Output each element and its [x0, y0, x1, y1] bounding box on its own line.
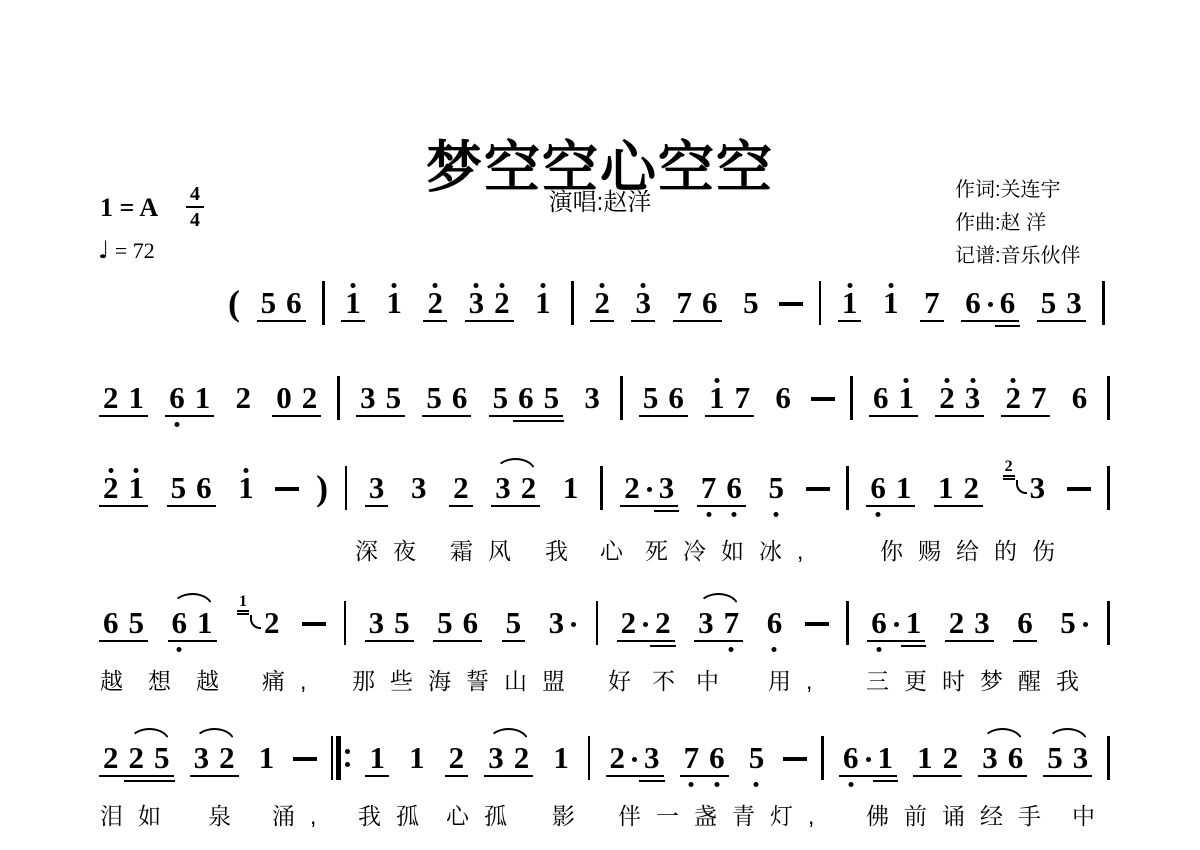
note: 0: [271, 382, 297, 414]
note: 1: [364, 742, 390, 774]
note-group: 17: [704, 382, 755, 414]
note: 1: [124, 472, 150, 504]
note: 3: [464, 287, 490, 319]
grace-note: 2: [1003, 458, 1015, 477]
note: 2: [509, 742, 535, 774]
note-group: 66: [960, 287, 1020, 319]
note: 3: [654, 472, 680, 504]
note: 3: [364, 472, 390, 504]
octave-dot-low: [754, 782, 759, 787]
barline: [1107, 736, 1110, 780]
note: 1: [933, 472, 959, 504]
note: 3: [693, 607, 719, 639]
note: 1: [704, 382, 730, 414]
note-group: 61: [868, 382, 919, 414]
note-group: 5: [763, 472, 789, 504]
barline: [821, 736, 824, 780]
augmentation-dot: [632, 757, 637, 762]
octave-dot-low: [689, 782, 694, 787]
note: 3: [960, 382, 986, 414]
note-group: 53: [1042, 742, 1093, 774]
note-group: 56: [256, 287, 307, 319]
lyric-chunk: 深夜: [355, 533, 431, 566]
note-group: 32: [464, 287, 515, 319]
barline: [344, 601, 347, 645]
note: 2: [589, 287, 615, 319]
octave-dot-high: [847, 283, 852, 288]
note: 1: [404, 742, 430, 774]
note: 7: [679, 742, 705, 774]
note-group: 35: [364, 607, 415, 639]
octave-dot-high: [351, 283, 356, 288]
barline: [620, 376, 623, 420]
time-signature-numerator: 4: [186, 183, 204, 208]
note: 6: [191, 472, 217, 504]
note-group: 23: [605, 742, 665, 774]
note: 3: [364, 607, 390, 639]
notation-credit: 记谱:音乐伙伴: [955, 240, 1081, 273]
note: 6: [697, 287, 723, 319]
note: 2: [259, 607, 285, 639]
duration-dash: [783, 757, 807, 761]
octave-dot-low: [876, 512, 881, 517]
note-group: 6: [1012, 607, 1038, 639]
note-group: 56: [432, 607, 483, 639]
lyric-chunk: 我孤: [358, 798, 434, 831]
note-group: 53: [1036, 287, 1087, 319]
lyric-chunk: 越: [100, 663, 138, 696]
note: 5: [149, 742, 175, 774]
lyric-chunk: 越: [196, 663, 234, 696]
lyric-chunk: 霜风: [450, 533, 526, 566]
note: 6: [838, 742, 864, 774]
sheet-music-page: 梦空空心空空 演唱:赵洋 作词:关连宇 作曲:赵 洋 记谱:音乐伙伴 1 = A…: [0, 0, 1200, 850]
note: 5: [124, 607, 150, 639]
octave-dot-high: [108, 468, 113, 473]
note: 6: [721, 472, 747, 504]
note-group: 1: [340, 287, 366, 319]
note-group: 23: [934, 382, 985, 414]
note: 2: [489, 287, 515, 319]
note-group: 76: [679, 742, 730, 774]
note: 2: [959, 472, 985, 504]
repeat-dots: [345, 749, 350, 767]
note: 6: [164, 382, 190, 414]
augmentation-dot: [571, 622, 576, 627]
note: 6: [281, 287, 307, 319]
octave-dot-high: [433, 283, 438, 288]
note: 5: [638, 382, 664, 414]
note: 1: [254, 742, 280, 774]
note-group: 1: [530, 287, 556, 319]
composer-credit: 作曲:赵 洋: [955, 207, 1081, 240]
note-group: 1: [878, 287, 904, 319]
lyric-chunk: 中: [1072, 798, 1110, 831]
note: 5: [256, 287, 282, 319]
note: 5: [381, 382, 407, 414]
octave-dot-low: [729, 647, 734, 652]
note: 2: [98, 382, 124, 414]
slur: 25: [124, 742, 175, 774]
note: 2: [444, 742, 470, 774]
notation-line: (56112321237651176653: [228, 287, 1105, 319]
octave-dot-high: [474, 283, 479, 288]
note: 2: [297, 382, 323, 414]
lyric-chunk: 泉: [208, 798, 246, 831]
lyric-chunk: 中: [696, 663, 734, 696]
note: 6: [447, 382, 473, 414]
note-group: 225: [98, 742, 175, 774]
note-group: 37: [693, 607, 744, 639]
note-group: 21: [98, 382, 149, 414]
parenthesis: ): [316, 472, 328, 505]
note: 2: [516, 472, 542, 504]
lyric-chunk: 心: [600, 533, 638, 566]
note-group: 1: [381, 287, 407, 319]
note: 3: [355, 382, 381, 414]
octave-dot-low: [774, 512, 779, 517]
note-group: 6: [762, 607, 788, 639]
note: 3: [639, 742, 665, 774]
note-group: 76: [696, 472, 747, 504]
note: 1: [381, 287, 407, 319]
barline: [1107, 466, 1110, 510]
note: 6: [98, 607, 124, 639]
note: 6: [458, 607, 484, 639]
note-group: 22: [616, 607, 676, 639]
octave-dot-low: [174, 422, 179, 427]
octave-dot-high: [714, 378, 719, 383]
lyric-chunk: 你赐给的伤: [880, 533, 1070, 566]
note-group: 1: [233, 472, 259, 504]
time-signature-denominator: 4: [186, 208, 204, 231]
note: 5: [539, 382, 565, 414]
grace-note: 1: [237, 593, 249, 612]
barline: [850, 376, 853, 420]
note: 5: [738, 287, 764, 319]
note-group: 02: [271, 382, 322, 414]
repeat-barline: [331, 736, 350, 780]
lyric-chunk: 想: [148, 663, 186, 696]
note-group: 3: [579, 382, 605, 414]
note: 6: [1003, 742, 1029, 774]
note: 6: [167, 607, 193, 639]
note: 1: [548, 742, 574, 774]
octave-dot-low: [876, 647, 881, 652]
note: 1: [878, 287, 904, 319]
note: 1: [530, 287, 556, 319]
note: 1: [837, 287, 863, 319]
lyric-chunk: 涌,: [272, 798, 331, 831]
slur: 37: [693, 607, 744, 639]
note-group: 1: [558, 472, 584, 504]
lyric-chunk: 那些海誓山盟: [352, 663, 580, 696]
note: 1: [558, 472, 584, 504]
octave-dot-low: [848, 782, 853, 787]
octave-dot-low: [772, 647, 777, 652]
duration-dash: [302, 622, 326, 626]
lyric-chunk: 佛前诵经手: [866, 798, 1056, 831]
note: 7: [672, 287, 698, 319]
note: 3: [406, 472, 432, 504]
note: 1: [124, 382, 150, 414]
note: 3: [969, 607, 995, 639]
octave-dot-high: [888, 283, 893, 288]
note: 1: [190, 382, 216, 414]
augmentation-dot: [1083, 622, 1088, 627]
note-group: 1: [837, 287, 863, 319]
notation-line: 65611235565322376612365: [98, 607, 1110, 639]
note-group: 21: [98, 472, 149, 504]
note: 2: [448, 472, 474, 504]
key-signature: 1 = A: [100, 193, 158, 223]
note-group: 61: [167, 607, 218, 639]
note-group: 61: [866, 607, 926, 639]
note-group: 5: [744, 742, 770, 774]
note-group: 23: [1001, 472, 1051, 504]
note: 1: [340, 287, 366, 319]
note-group: 65: [98, 607, 149, 639]
note: 1: [233, 472, 259, 504]
note: 7: [730, 382, 756, 414]
note-group: 56: [638, 382, 689, 414]
augmentation-dot: [988, 302, 993, 307]
note-group: 5: [1055, 607, 1090, 639]
note: 2: [1000, 382, 1026, 414]
octave-dot-high: [970, 378, 975, 383]
slur: 53: [1042, 742, 1093, 774]
note: 5: [744, 742, 770, 774]
duration-dash: [779, 302, 803, 306]
note: 5: [488, 382, 514, 414]
note-group: 32: [483, 742, 534, 774]
octave-dot-low: [714, 782, 719, 787]
note: 6: [995, 287, 1021, 319]
note: 2: [422, 287, 448, 319]
note-group: 12: [235, 607, 285, 639]
note: 2: [98, 742, 124, 774]
note-group: 7: [919, 287, 945, 319]
barline: [1102, 281, 1105, 325]
repeat-dot: [345, 762, 350, 767]
parenthesis: (: [228, 287, 240, 320]
note: 5: [1036, 287, 1062, 319]
note: 2: [616, 607, 642, 639]
note: 6: [663, 382, 689, 414]
barline: [596, 601, 599, 645]
note: 2: [650, 607, 676, 639]
lyric-chunk: 伴一盏青灯,: [618, 798, 829, 831]
barline: [1107, 601, 1110, 645]
note: 1: [891, 472, 917, 504]
lyricist-credit: 作词:关连宇: [955, 174, 1081, 207]
octave-dot-high: [945, 378, 950, 383]
barline: [1107, 376, 1110, 420]
note: 6: [762, 607, 788, 639]
note-group: 56: [166, 472, 217, 504]
augmentation-dot: [894, 622, 899, 627]
barline: [600, 466, 603, 510]
note-group: 1: [548, 742, 574, 774]
note: 6: [865, 472, 891, 504]
note-group: 3: [630, 287, 656, 319]
note-group: 1: [404, 742, 430, 774]
note: 7: [696, 472, 722, 504]
note-group: 27: [1000, 382, 1051, 414]
note: 7: [719, 607, 745, 639]
note: 5: [1055, 607, 1081, 639]
note: 7: [1026, 382, 1052, 414]
note: 2: [934, 382, 960, 414]
note: 6: [704, 742, 730, 774]
slur: 32: [189, 742, 240, 774]
augmentation-dot: [647, 487, 652, 492]
lyric-chunk: 影: [552, 798, 590, 831]
note: 3: [579, 382, 605, 414]
note: 3: [977, 742, 1003, 774]
octave-dot-high: [392, 283, 397, 288]
note-group: 1: [364, 742, 390, 774]
octave-dot-high: [244, 468, 249, 473]
octave-dot-low: [732, 512, 737, 517]
octave-dot-high: [904, 378, 909, 383]
note-group: 61: [838, 742, 898, 774]
barline: [345, 466, 348, 510]
note-group: 2: [589, 287, 615, 319]
note: 3: [483, 742, 509, 774]
barline: [846, 601, 849, 645]
note-group: 32: [490, 472, 541, 504]
barline: [819, 281, 822, 325]
octave-dot-high: [641, 283, 646, 288]
note: 5: [166, 472, 192, 504]
note: 5: [421, 382, 447, 414]
barline: [588, 736, 591, 780]
tempo-value: = 72: [115, 238, 155, 263]
note-group: 36: [977, 742, 1028, 774]
lyric-chunk: 泪如: [100, 798, 176, 831]
slur: 61: [167, 607, 218, 639]
note: 6: [770, 382, 796, 414]
duration-dash: [805, 622, 829, 626]
note-group: 5: [501, 607, 527, 639]
octave-dot-low: [177, 647, 182, 652]
octave-dot-high: [540, 283, 545, 288]
note: 5: [389, 607, 415, 639]
notation-line: 2253211123212376561123653: [98, 742, 1110, 774]
octave-dot-high: [134, 468, 139, 473]
note-group: 32: [189, 742, 240, 774]
note: 3: [1025, 472, 1051, 504]
note: 6: [868, 382, 894, 414]
lyric-chunk: 不: [652, 663, 690, 696]
note: 5: [763, 472, 789, 504]
note-group: 12: [912, 742, 963, 774]
tempo-marking: ♩ = 72: [98, 236, 155, 264]
lyric-chunk: 死冷如冰,: [645, 533, 818, 566]
note: 6: [1067, 382, 1093, 414]
slur: 32: [490, 472, 541, 504]
note-group: 3: [364, 472, 390, 504]
note: 1: [912, 742, 938, 774]
slur: 36: [977, 742, 1028, 774]
note: 6: [513, 382, 539, 414]
note: 6: [1012, 607, 1038, 639]
notation-line: 21561)33232123765611223: [98, 472, 1110, 504]
repeat-thin-line: [331, 736, 333, 780]
credits-block: 作词:关连宇 作曲:赵 洋 记谱:音乐伙伴: [955, 174, 1081, 273]
barline: [571, 281, 574, 325]
note: 2: [230, 382, 256, 414]
note: 2: [605, 742, 631, 774]
duration-dash: [1067, 487, 1091, 491]
note: 3: [630, 287, 656, 319]
note-group: 12: [933, 472, 984, 504]
note: 7: [919, 287, 945, 319]
repeat-dot: [345, 749, 350, 754]
note-group: 3: [544, 607, 579, 639]
octave-dot-high: [1011, 378, 1016, 383]
note: 1: [901, 607, 927, 639]
note: 2: [98, 472, 124, 504]
octave-dot-high: [600, 283, 605, 288]
note: 5: [1042, 742, 1068, 774]
note-group: 23: [619, 472, 679, 504]
note: 3: [1061, 287, 1087, 319]
duration-dash: [811, 397, 835, 401]
note: 2: [214, 742, 240, 774]
time-signature: 4 4: [186, 183, 204, 231]
duration-dash: [293, 757, 317, 761]
barline: [846, 466, 849, 510]
lyric-chunk: 心孤: [446, 798, 522, 831]
note: 1: [192, 607, 218, 639]
note: 2: [944, 607, 970, 639]
barline: [337, 376, 340, 420]
note-group: 2: [230, 382, 256, 414]
note-group: 61: [164, 382, 215, 414]
barline: [322, 281, 325, 325]
augmentation-dot: [643, 622, 648, 627]
octave-dot-high: [499, 283, 504, 288]
note-group: 61: [865, 472, 916, 504]
lyric-chunk: 三更时梦醒我: [866, 663, 1094, 696]
note: 5: [501, 607, 527, 639]
lyric-chunk: 好: [608, 663, 646, 696]
note-group: 76: [672, 287, 723, 319]
note-group: 565: [488, 382, 565, 414]
note: 3: [1068, 742, 1094, 774]
note: 1: [873, 742, 899, 774]
lyric-chunk: 痛,: [262, 663, 321, 696]
note-group: 6: [1067, 382, 1093, 414]
note-group: 23: [944, 607, 995, 639]
note-group: 2: [448, 472, 474, 504]
note: 2: [619, 472, 645, 504]
note-group: 5: [738, 287, 764, 319]
notation-line: 216120235565653561766123276: [98, 382, 1110, 414]
note-group: 1: [254, 742, 280, 774]
note: 3: [189, 742, 215, 774]
note-group: 3: [406, 472, 432, 504]
slur: 32: [483, 742, 534, 774]
lyric-chunk: 我: [545, 533, 583, 566]
duration-dash: [275, 487, 299, 491]
augmentation-dot: [866, 757, 871, 762]
note: 3: [490, 472, 516, 504]
note-group: 6: [770, 382, 796, 414]
repeat-thick-line: [336, 736, 341, 780]
